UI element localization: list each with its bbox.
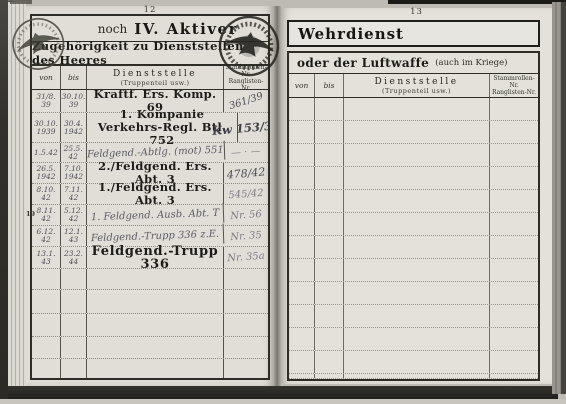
table-row: [32, 359, 268, 378]
cell-nr: 478/42: [223, 161, 268, 185]
cell-nr: [224, 269, 268, 289]
cell-nr: [490, 144, 538, 166]
cell-nr: [490, 374, 538, 378]
table-row: [32, 337, 268, 359]
cell-bis: [315, 259, 344, 281]
table-row: [289, 374, 538, 379]
cell-von: [289, 236, 315, 258]
cell-nr: [490, 121, 538, 143]
cell-nr: [490, 282, 538, 304]
dienststelle-label: Dienststelle: [113, 69, 197, 79]
cell-nr: [490, 305, 538, 327]
cell-von: [32, 269, 61, 289]
cell-dienststelle: [344, 351, 490, 373]
book-cover-edge: [0, 0, 8, 404]
cell-bis: [315, 190, 344, 212]
left-page: 12 noch IV. Aktiver Zugehörigkeit zu Die…: [26, 6, 274, 386]
table-subtitle-left: Zugehörigkeit zu Dienststellen des Heere…: [32, 42, 268, 66]
wehrdienst-title: Wehrdienst: [298, 25, 404, 43]
cell-von: [289, 167, 315, 189]
top-edge-bar: [388, 0, 566, 4]
cell-dienststelle: [344, 236, 490, 258]
book-gutter: [274, 6, 281, 386]
col-header-von: von: [289, 74, 315, 97]
table-row: 8.10. 427.11. 421./Feldgend. Ers. Abt. 3…: [32, 184, 268, 205]
cell-nr: Nr. 35: [223, 224, 268, 247]
cell-von: 26.5. 1942: [32, 163, 61, 183]
cell-dienststelle: [344, 328, 490, 350]
cell-bis: 23.2. 44: [61, 247, 87, 268]
cell-bis: [61, 290, 87, 313]
table-row: [289, 121, 538, 144]
bottom-shadow: [8, 386, 558, 399]
cell-bis: [315, 305, 344, 327]
heading-title: IV. Aktiver: [134, 20, 238, 38]
col-header-dienststelle: Dienststelle (Truppenteil usw.): [344, 74, 490, 97]
col-header-von: von: [32, 66, 61, 89]
cell-von: 8.10. 42: [32, 184, 61, 204]
cell-von: 1.5.42: [32, 143, 61, 162]
cell-dienststelle: [87, 337, 224, 358]
table-row: [289, 351, 538, 374]
cell-von: [32, 359, 61, 378]
cell-bis: 5.12. 42: [61, 205, 87, 225]
cell-dienststelle: 1./Feldgend. Ers. Abt. 3: [87, 184, 224, 204]
cell-dienststelle: [87, 290, 224, 313]
dienststelle-label: Dienststelle: [374, 77, 458, 87]
service-table-right: oder der Luftwaffe (auch im Kriege) von …: [287, 51, 540, 381]
cell-dienststelle: [87, 359, 224, 378]
wehrpass-scan: 12 noch IV. Aktiver Zugehörigkeit zu Die…: [0, 0, 566, 404]
cell-bis: 30.4. 1942: [61, 113, 87, 142]
cell-von: 6.12. 42: [32, 226, 61, 246]
cell-dienststelle: [344, 213, 490, 235]
cell-von: [289, 144, 315, 166]
cell-nr: Nr. 35a: [223, 245, 268, 269]
cell-bis: [315, 236, 344, 258]
cell-bis: [315, 328, 344, 350]
cell-nr: [490, 98, 538, 120]
table-row: [289, 328, 538, 351]
cell-bis: [61, 337, 87, 358]
bis-label: bis: [323, 82, 334, 90]
von-label: von: [295, 82, 309, 90]
table-body-right: [289, 98, 538, 379]
page-stack-left: [8, 2, 26, 394]
table-row: [289, 98, 538, 121]
cell-von: [32, 314, 61, 336]
cell-nr: [490, 236, 538, 258]
kriege-note: (auch im Kriege): [435, 58, 507, 68]
cell-von: 8.11. 42: [32, 205, 61, 225]
table-row: [289, 259, 538, 282]
cell-dienststelle: Feldgend.-Trupp 336: [87, 247, 224, 268]
cell-bis: 7.10. 1942: [61, 163, 87, 183]
col-header-nr: Stammrollen-Nr. Ranglisten-Nr.: [224, 66, 268, 89]
cell-bis: [61, 359, 87, 378]
col-header-bis: bis: [315, 74, 344, 97]
nr-label-1: Stammrollen-Nr.: [490, 75, 538, 89]
nr-label-1: Stammrollen-Nr.: [224, 64, 268, 78]
cell-dienststelle: [344, 282, 490, 304]
cell-von: [289, 213, 315, 235]
cell-von: 30.10. 1939: [32, 113, 61, 142]
cell-nr: [224, 337, 268, 358]
col-header-dienststelle: Dienststelle (Truppenteil usw.): [87, 66, 224, 89]
table-row: [32, 290, 268, 314]
table-row: [289, 190, 538, 213]
cell-dienststelle: [344, 374, 490, 378]
column-headers-left: von bis Dienststelle (Truppenteil usw.) …: [32, 66, 268, 90]
cell-nr: [490, 351, 538, 373]
nr-label-2: Ranglisten-Nr.: [492, 89, 536, 96]
cell-von: [289, 282, 315, 304]
cell-von: 31/8. 39: [32, 90, 61, 112]
cell-von: [32, 290, 61, 313]
cell-bis: [315, 167, 344, 189]
table-row: [32, 314, 268, 337]
cell-von: [289, 351, 315, 373]
cell-bis: [315, 121, 344, 143]
cell-von: [289, 328, 315, 350]
cell-nr: [490, 167, 538, 189]
cell-dienststelle: [344, 190, 490, 212]
cell-dienststelle: [87, 269, 224, 289]
cell-von: [289, 259, 315, 281]
cell-bis: [315, 282, 344, 304]
cell-nr: [490, 259, 538, 281]
cell-bis: [61, 314, 87, 336]
cell-dienststelle: [344, 121, 490, 143]
cell-bis: 12.1. 43: [61, 226, 87, 246]
cell-bis: [315, 351, 344, 373]
cell-dienststelle: [344, 167, 490, 189]
dienststelle-sublabel: (Truppenteil usw.): [382, 87, 451, 95]
cell-dienststelle: [344, 259, 490, 281]
cell-nr: 545/42: [223, 182, 268, 205]
bis-label: bis: [68, 74, 79, 82]
cell-von: [289, 121, 315, 143]
cell-nr: [224, 314, 268, 336]
table-row: 30.10. 193930.4. 19421. Kompanie Verkehr…: [32, 113, 268, 143]
right-page: 13 Wehrdienst oder der Luftwaffe (auch i…: [281, 8, 552, 384]
table-surface: [0, 399, 566, 404]
cell-nr: [224, 359, 268, 378]
table-row: [289, 236, 538, 259]
cell-dienststelle: [344, 98, 490, 120]
cell-dienststelle: [87, 314, 224, 336]
table-row: [289, 305, 538, 328]
cell-bis: [315, 98, 344, 120]
cell-von: 13.1. 43: [32, 247, 61, 268]
table-row: 13.1. 4323.2. 44Feldgend.-Trupp 336Nr. 3…: [32, 247, 268, 269]
cover-edge-right: [561, 2, 566, 394]
cell-bis: 30.10. 39: [61, 90, 87, 112]
cell-von: [289, 305, 315, 327]
cell-nr: [490, 328, 538, 350]
service-table-left: noch IV. Aktiver Zugehörigkeit zu Dienst…: [30, 14, 270, 380]
col-header-nr: Stammrollen-Nr. Ranglisten-Nr.: [490, 74, 538, 97]
column-headers-right: von bis Dienststelle (Truppenteil usw.) …: [289, 74, 538, 98]
dienststelle-sublabel: (Truppenteil usw.): [120, 79, 189, 87]
cell-nr: — · —: [224, 142, 268, 164]
cell-bis: 25.5. 42: [61, 143, 87, 162]
cell-nr: Kw 153/39: [223, 111, 268, 144]
cell-bis: [315, 144, 344, 166]
table-row: [289, 144, 538, 167]
page-number-right: 13: [281, 7, 552, 17]
table-row: 1.5.4225.5. 42Feldgend.-Abtlg. (mot) 551…: [32, 143, 268, 163]
margin-note: 19: [26, 210, 35, 218]
wehrdienst-heading-box: Wehrdienst: [287, 20, 540, 47]
cell-bis: [315, 374, 344, 378]
cell-von: [289, 374, 315, 378]
cell-von: [289, 98, 315, 120]
top-edge-mark: [10, 0, 32, 4]
von-label: von: [39, 74, 53, 82]
cell-dienststelle: [344, 305, 490, 327]
table-row: 6.12. 4212.1. 43Feldgend.-Trupp 336 z.E.…: [32, 226, 268, 247]
table-row: [32, 269, 268, 290]
table-body-left: 31/8. 3930.10. 39Kraftf. Ers. Komp. 6936…: [32, 90, 268, 378]
table-row: 8.11. 425.12. 421. Feldgend. Ausb. Abt. …: [32, 205, 268, 226]
table-row: [289, 167, 538, 190]
cell-bis: [61, 269, 87, 289]
table-row: [289, 213, 538, 236]
cell-dienststelle: [344, 144, 490, 166]
cell-nr: [224, 290, 268, 313]
cell-nr: [490, 190, 538, 212]
luftwaffe-label: oder der Luftwaffe: [297, 56, 429, 70]
table-row: [289, 282, 538, 305]
cell-von: [289, 190, 315, 212]
cell-von: [32, 337, 61, 358]
cell-nr: Nr. 56: [223, 203, 268, 226]
table-subtitle-right: oder der Luftwaffe (auch im Kriege): [289, 53, 538, 74]
cell-bis: [315, 213, 344, 235]
col-header-bis: bis: [61, 66, 87, 89]
cell-nr: [490, 213, 538, 235]
heading-prefix: noch: [98, 22, 127, 36]
cell-bis: 7.11. 42: [61, 184, 87, 204]
